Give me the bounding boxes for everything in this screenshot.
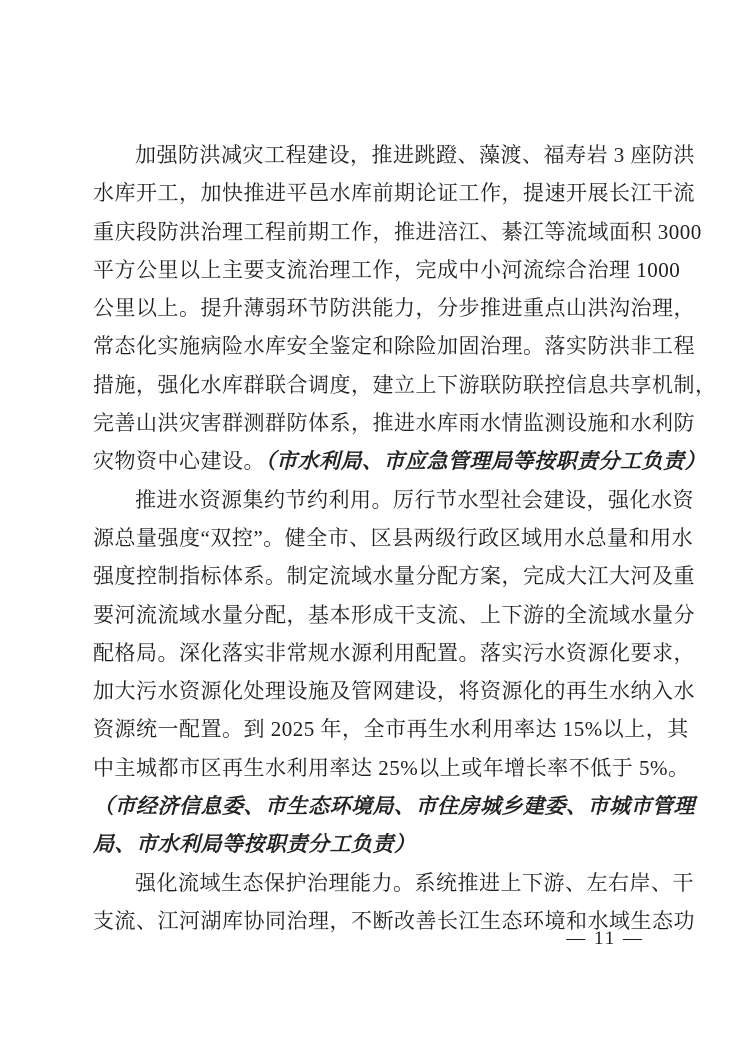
body-text-segment: 强化流域生态保护治理能力。系统推进上下游、左右岸、干 — [135, 871, 694, 895]
text-block: 加强防洪减灾工程建设，推进跳蹬、藻渡、福寿岩 3 座防洪水库开工，加快推进平邑水… — [93, 136, 653, 940]
department-responsibility-text: （市水利局、市应急管理局等按职责分工负责） — [265, 449, 706, 473]
body-text-segment: 配格局。深化落实非常规水源利用配置。落实污水资源化要求， — [93, 641, 695, 665]
text-line: 完善山洪灾害群测群防体系，推进水库雨水情监测设施和水利防 — [93, 404, 653, 442]
body-text-segment: 公里以上。提升薄弱环节防洪能力，分步推进重点山洪沟治理， — [93, 296, 695, 320]
department-responsibility-text: 局、市水利局等按职责分工负责） — [93, 832, 416, 856]
text-line: 强化流域生态保护治理能力。系统推进上下游、左右岸、干 — [93, 864, 653, 902]
body-text-segment: 强度控制指标体系。制定流域水量分配方案，完成大江大河及重 — [93, 564, 695, 588]
body-text-segment: 完善山洪灾害群测群防体系，推进水库雨水情监测设施和水利防 — [93, 411, 695, 435]
text-line: （市经济信息委、市生态环境局、市住房城乡建委、市城市管理 — [93, 787, 653, 825]
body-text-segment: 措施，强化水库群联合调度，建立上下游联防联控信息共享机制， — [93, 373, 717, 397]
page-number: — 11 — — [566, 928, 644, 950]
body-text-segment: 推进水资源集约节约利用。厉行节水型社会建设，强化水资 — [135, 488, 694, 512]
text-line: 源总量强度“双控”。健全市、区县两级行政区域用水总量和用水 — [93, 519, 653, 557]
text-line: 局、市水利局等按职责分工负责） — [93, 825, 653, 863]
body-text-segment: 加强防洪减灾工程建设，推进跳蹬、藻渡、福寿岩 3 座防洪 — [135, 143, 695, 167]
text-line: 要河流流域水量分配，基本形成干支流、上下游的全流域水量分 — [93, 596, 653, 634]
body-text-segment: 重庆段防洪治理工程前期工作，推进涪江、綦江等流域面积 3000 — [93, 220, 702, 244]
body-text-segment: 平方公里以上主要支流治理工作，完成中小河流综合治理 1000 — [93, 258, 680, 282]
body-text-segment: 源总量强度“双控”。健全市、区县两级行政区域用水总量和用水 — [93, 526, 693, 550]
text-line: 加强防洪减灾工程建设，推进跳蹬、藻渡、福寿岩 3 座防洪 — [93, 136, 653, 174]
text-line: 重庆段防洪治理工程前期工作，推进涪江、綦江等流域面积 3000 — [93, 213, 653, 251]
text-line: 灾物资中心建设。（市水利局、市应急管理局等按职责分工负责） — [93, 442, 653, 480]
body-text-segment: 加大污水资源化处理设施及管网建设，将资源化的再生水纳入水 — [93, 679, 695, 703]
department-responsibility-text: （市经济信息委、市生态环境局、市住房城乡建委、市城市管理 — [93, 794, 695, 818]
text-line: 强度控制指标体系。制定流域水量分配方案，完成大江大河及重 — [93, 557, 653, 595]
text-line: 资源统一配置。到 2025 年，全市再生水利用率达 15%以上，其 — [93, 710, 653, 748]
body-text-segment: 资源统一配置。到 2025 年，全市再生水利用率达 15%以上，其 — [93, 717, 689, 741]
text-line: 常态化实施病险水库安全鉴定和除险加固治理。落实防洪非工程 — [93, 327, 653, 365]
body-text-segment: 灾物资中心建设。 — [93, 449, 265, 473]
text-line: 公里以上。提升薄弱环节防洪能力，分步推进重点山洪沟治理， — [93, 289, 653, 327]
text-line: 措施，强化水库群联合调度，建立上下游联防联控信息共享机制， — [93, 366, 653, 404]
document-page: 加强防洪减灾工程建设，推进跳蹬、藻渡、福寿岩 3 座防洪水库开工，加快推进平邑水… — [0, 0, 744, 1053]
body-text-segment: 中主城都市区再生水利用率达 25%以上或年增长率不低于 5%。 — [93, 756, 689, 780]
text-line: 加大污水资源化处理设施及管网建设，将资源化的再生水纳入水 — [93, 672, 653, 710]
body-text-segment: 常态化实施病险水库安全鉴定和除险加固治理。落实防洪非工程 — [93, 334, 695, 358]
text-line: 配格局。深化落实非常规水源利用配置。落实污水资源化要求， — [93, 634, 653, 672]
text-line: 水库开工，加快推进平邑水库前期论证工作，提速开展长江干流 — [93, 174, 653, 212]
body-text-segment: 要河流流域水量分配，基本形成干支流、上下游的全流域水量分 — [93, 603, 695, 627]
text-line: 推进水资源集约节约利用。厉行节水型社会建设，强化水资 — [93, 481, 653, 519]
body-text-segment: 水库开工，加快推进平邑水库前期论证工作，提速开展长江干流 — [93, 181, 695, 205]
text-line: 中主城都市区再生水利用率达 25%以上或年增长率不低于 5%。 — [93, 749, 653, 787]
text-line: 平方公里以上主要支流治理工作，完成中小河流综合治理 1000 — [93, 251, 653, 289]
